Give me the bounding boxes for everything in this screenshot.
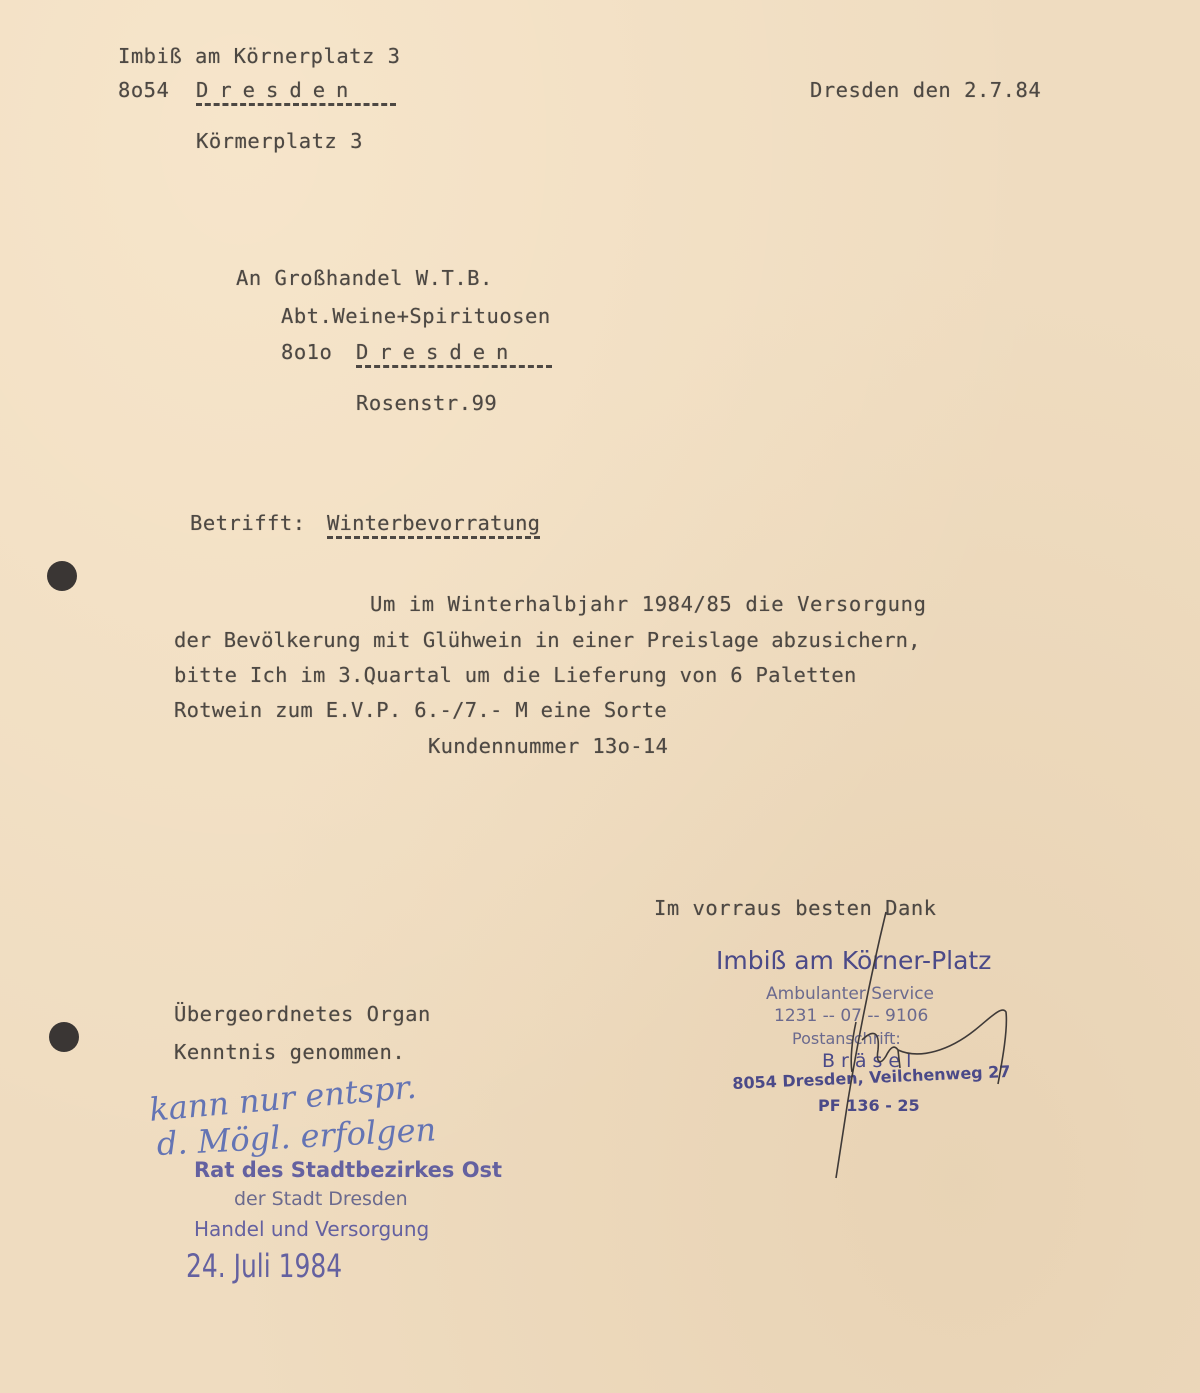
body-line: Um im Winterhalbjahr 1984/85 die Versorg…	[370, 594, 927, 615]
authority-stamp-line1: Rat des Stadtbezirkes Ost	[194, 1160, 502, 1181]
recipient-line4: Rosenstr.99	[356, 393, 497, 414]
sender-postcode: 8o54	[118, 80, 169, 101]
body-line: bitte Ich im 3.Quartal um die Lieferung …	[174, 665, 857, 686]
sender-city: Dresden	[196, 80, 396, 106]
closing-line: Im vorraus besten Dank	[654, 898, 937, 919]
authority-stamp-line3: Handel und Versorgung	[194, 1219, 429, 1239]
authority-line2: Kenntnis genommen.	[174, 1042, 405, 1063]
sender-line1: Imbiß am Körnerplatz 3	[118, 46, 401, 67]
authority-stamp-line2: der Stadt Dresden	[234, 1190, 408, 1209]
signature-icon	[0, 0, 1200, 1393]
subject-value: Winterbevorratung	[327, 513, 540, 539]
stamp-pf: PF 136 - 25	[818, 1098, 920, 1114]
stamp-number: 1231 -- 07 -- 9106	[774, 1008, 928, 1025]
authority-stamp-date: 24. Juli 1984	[186, 1250, 342, 1282]
recipient-city: Dresden	[356, 342, 552, 368]
body-line: der Bevölkerung mit Glühwein in einer Pr…	[174, 630, 921, 651]
body-line: Rotwein zum E.V.P. 6.-/7.- M eine Sorte	[174, 700, 667, 721]
recipient-line2: Abt.Weine+Spirituosen	[281, 306, 551, 327]
subject-label: Betrifft:	[190, 513, 306, 534]
punch-hole-bottom	[49, 1022, 79, 1052]
body-line: Kundennummer 13o-14	[428, 736, 668, 757]
recipient-postcode: 8o1o	[281, 342, 332, 363]
punch-hole-top	[47, 561, 77, 591]
sender-line3: Körmerplatz 3	[196, 131, 363, 152]
recipient-line1: An Großhandel W.T.B.	[236, 268, 493, 289]
authority-line1: Übergeordnetes Organ	[174, 1004, 431, 1025]
stamp-address: 8054 Dresden, Veilchenweg 27	[732, 1064, 1011, 1092]
letter-date: Dresden den 2.7.84	[810, 80, 1041, 101]
stamp-subtitle: Ambulanter Service	[766, 986, 934, 1003]
stamp-title: Imbiß am Körner-Platz	[716, 948, 991, 973]
stamp-label: Postanschrift:	[792, 1031, 901, 1047]
